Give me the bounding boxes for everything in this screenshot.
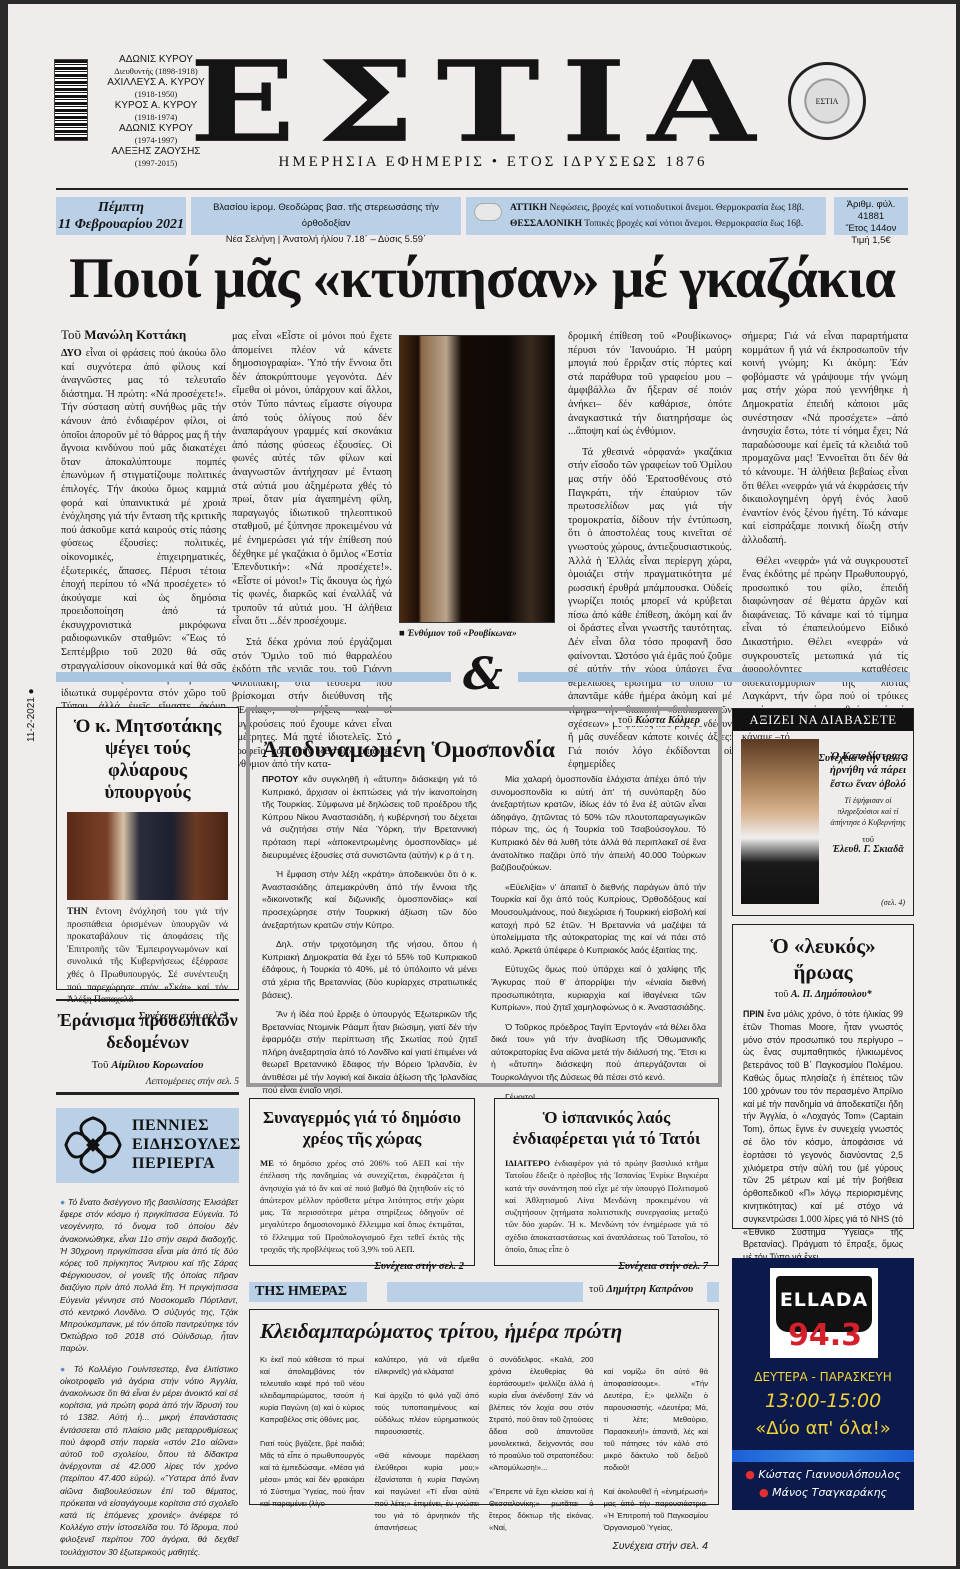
host-name: Μάνος Τσαγκαράκης (772, 1486, 887, 1499)
byline-author: Α. Π. Δημόπουλου* (791, 989, 872, 1000)
story-title[interactable]: Συναγερμός γιά τό δημόσιο χρέος τῆς χώρα… (260, 1107, 464, 1149)
story-column: καλύτερο, γιά νά εἴμεθα εἰλικρινεῖς) γιά… (375, 1354, 480, 1564)
newspaper-front-page: ΑΔΩΝΙΣ ΚΥΡΟΥ Διευθυντής (1898-1918) ΑΧΙΛ… (8, 4, 956, 1566)
story-title[interactable]: Ὁ ἱσπανικός λαός ἐνδιαφέρεται γιά τό Τατ… (505, 1107, 708, 1149)
omospondia-right-column: Μία χαλαρή ὁμοσπονδία ἐλάχιστα ἀπέχει ἀπ… (491, 773, 706, 1110)
station-frequency: 94.3 (788, 1318, 862, 1354)
seal-text: ΕΣΤΙΑ (816, 97, 839, 106)
byline-author: Κώστα Κόλμερ (635, 715, 700, 726)
bullet-icon: ● (60, 1364, 74, 1374)
pennies-title: ΠΕΝΝΙΕΣ ΕΙΔΗΣΟΥΛΕΣ ΠΕΡΙΕΡΓΑ (132, 1116, 241, 1173)
bullet-icon: ● (759, 1486, 772, 1499)
masthead-divider (56, 188, 908, 190)
story-body: ΤΗΝ ἔντονη ἐνόχλησή του γιά τήν προσπάθε… (67, 906, 228, 1007)
story-body: ΜΕ τό δημόσιο χρέος στό 206% τοῦ ΑΕΠ καί… (260, 1157, 464, 1255)
section-label: ΤΗΣ ΗΜΕΡΑΣ (249, 1282, 367, 1302)
lead-word: ΠΡΙΝ (743, 1009, 764, 1019)
tatoi-story: Ὁ ἱσπανικός λαός ἐνδιαφέρεται γιά τό Τατ… (494, 1098, 719, 1266)
story-body: ΠΡΙΝ ἕνα μόλις χρόνο, ὁ τότε ἡλικίας 99 … (743, 1008, 903, 1264)
masthead-subtitle: ΗΜΕΡΗΣΙΑ ΕΦΗΜΕΡΙΣ • ΕΤΟΣ ΙΔΡΥΣΕΩΣ 1876 (258, 154, 728, 171)
paragraph: Ἄν ἡ ἰδέα πού ἔρριξε ὁ ὑπουργός Ἐξωτερικ… (262, 1008, 477, 1096)
pennies-header: ΠΕΝΝΙΕΣ ΕΙΔΗΣΟΥΛΕΣ ΠΕΡΙΕΡΓΑ (56, 1108, 239, 1183)
issue-number: Ἀριθμ. φύλ. 41881 (834, 199, 908, 223)
body-text: ἕνα μόλις χρόνο, ὁ τότε ἡλικίας 99 ἐτῶν … (743, 1009, 903, 1262)
byline-prefix: Τοῦ (92, 1059, 109, 1071)
lefkos-iroas-story: Ὁ «λευκός» ἥρωας τοῦ Α. Π. Δημόπουλου* Π… (732, 924, 914, 1229)
paragraph: μας εἶναι «Εἶστε οἱ μόνοι πού ἔχετε ἀπομ… (232, 330, 392, 629)
broadcast-days: ΔΕΥΤΕΡΑ - ΠΑΡΑΣΚΕΥΗ (732, 1370, 914, 1384)
story-column: Κι ἐκεῖ πού κάθεσαι τό πρωί καί ἀπολαμβά… (260, 1354, 365, 1564)
story-title[interactable]: Ἐράνισμα προσωπικῶν δεδομένων (56, 1009, 239, 1053)
kapodistrias-portrait (741, 739, 819, 904)
broadcast-time: 13:00-15:00 (732, 1390, 914, 1412)
date: 11 Φεβρουαρίου 2021 (56, 216, 186, 233)
wave-decoration (732, 1450, 914, 1462)
continue-link[interactable]: Συνέχεια στήν σελ. 2 (260, 1261, 464, 1272)
issue-block: Ἀριθμ. φύλ. 41881 Ἔτος 144ον Τιμή 1,5€ (834, 197, 908, 235)
lead-headline[interactable]: Ποιοί μᾶς «κτύπησαν» μέ γκαζάκια (56, 244, 908, 314)
section-divider (56, 1092, 239, 1095)
byline-author: Αἰμίλιου Κορωναίου (111, 1059, 203, 1071)
barcode (54, 59, 88, 141)
title-line: ΠΕΡΙΕΡΓΑ (132, 1154, 241, 1173)
saints-block: Βλασίου ἱερομ. Θεοδώρας βασ. τῆς στερεωσ… (191, 197, 461, 235)
photo-caption: ■ Ἐνθύμιον τοῦ «Ρουβίκωνα» (399, 629, 517, 639)
weekday: Πέμπτη (56, 199, 186, 216)
side-date: 11-2-2021 ● (26, 688, 37, 742)
year-number: Ἔτος 144ον (834, 223, 908, 235)
recommended-header: ΑΞΙΖΕΙ ΝΑ ΔΙΑΒΑΣΕΤΕ (733, 709, 913, 731)
news-text: Τό Κολλέγιο Γουίντσεστερ, ἕνα ἐλιτίστικο… (60, 1364, 238, 1557)
weather-attiki: Νεφώσεις, βροχές καί νοτιοδυτικοί ἄνεμοι… (549, 203, 804, 213)
rain-cloud-icon (474, 203, 502, 221)
column-text: καί νομίζω ὅτι αὐτό θά ἀποφασίσουμε». «Τ… (604, 1367, 709, 1532)
body-text: τό δημόσιο χρέος στό 206% τοῦ ΑΕΠ καί τή… (260, 1158, 464, 1254)
byline-author: Ἐλευθ. Γ. Σκιαδᾶ (825, 844, 911, 855)
story-byline: τοῦ Α. Π. Δημόπουλου* (743, 989, 903, 1000)
header-bar-end (707, 1282, 719, 1302)
byline-author: Δημήτρη Καπράνου (606, 1284, 693, 1295)
separator-bar-right (518, 672, 910, 682)
seal-emblem-icon: ΕΣΤΙΑ (788, 62, 866, 140)
details-link[interactable]: Λεπτομέρειες στήν σελ. 5 (56, 1077, 239, 1087)
newspaper-logo: ΕΣΤΙΑ (188, 47, 778, 156)
recommended-subtitle: Τί ἐψήφισαν οἱ πληρεξούσιοι καί τί ἀπήντ… (825, 795, 911, 828)
tis-imeras-header: ΤΗΣ ΗΜΕΡΑΣ τοῦ Δημήτρη Καπράνου (249, 1282, 719, 1304)
news-item: ● Τό ἔνατο δισέγγονο τῆς βασιλίσσης Ἐλισ… (60, 1196, 238, 1355)
title-line: ΕΙΔΗΣΟΥΛΕΣ (132, 1135, 241, 1154)
show-name: «Δύο απ' όλα!» (732, 1418, 914, 1439)
story-byline: τοῦ Δημήτρη Καπράνου (589, 1284, 693, 1295)
body-text: ἔντονη ἐνόχλησή του γιά τήν προσπάθεια ὁ… (67, 907, 228, 1005)
story-title[interactable]: Ἀποδυναμωμένη Ὁμοσπονδία (262, 735, 706, 765)
story-column: καί νομίζω ὅτι αὐτό θά ἀποφασίσουμε». «Τ… (604, 1354, 709, 1564)
page-reference: (σελ. 4) (881, 898, 905, 907)
story-column: ὁ συνάδελφος. «Καλά, 200 χρόνια ἐλευθερί… (489, 1354, 594, 1564)
lead-column-4: σήμερα; Γιά νά εἶναι παραρτήματα κομμάτω… (742, 330, 908, 765)
lead-word: ΤΗΝ (67, 907, 88, 917)
mitsotakis-story: Ὁ κ. Μητσοτάκης ψέγει τούς φλύαρους ὑπου… (56, 707, 239, 990)
ornament-flower-icon (64, 1116, 122, 1174)
separator-bar-left (56, 672, 451, 682)
story-title[interactable]: Κλειδαμπαρώματος τρίτου, ἡμέρα πρώτη (260, 1318, 708, 1344)
byline-prefix: Τοῦ (61, 327, 81, 342)
weather-attiki-label: ΑΤΤΙΚΗ (510, 203, 547, 213)
lead-byline: Τοῦ Μανώλη Κοττάκη (61, 327, 186, 343)
date-block: Πέμπτη 11 Φεβρουαρίου 2021 (56, 197, 186, 235)
host: ● Μάνος Τσαγκαράκης (732, 1486, 914, 1499)
kleidamparomatos-story: Κλειδαμπαρώματος τρίτου, ἡμέρα πρώτη Κι … (249, 1309, 719, 1505)
paragraph: δρομική ἐπίθεση τοῦ «Ρουβίκωνος» πέρυσι … (568, 330, 732, 439)
mitsotakis-photo (67, 812, 228, 900)
paragraph: Ὁ Τοῦρκος πρόεδρος Ταγίπ Ἐρντογάν «τά θέ… (491, 1021, 706, 1084)
host-name: Κώστας Γιαννουλόπουλος (758, 1468, 900, 1481)
weather-thess-label: ΘΕΣΣΑΛΟΝΙΚΗ (510, 219, 582, 229)
continue-link[interactable]: Συνέχεια στήν σελ. 4 (604, 1540, 709, 1552)
story-byline: Τοῦ Αἰμίλιου Κορωναίου (56, 1059, 239, 1071)
bullet-icon: ● (60, 1197, 68, 1207)
paragraph: εἶναι οἱ φράσεις πού ἀκούω ὅλο καί συχνό… (61, 348, 226, 726)
byline-prefix: τοῦ (589, 1284, 604, 1295)
eranisma-story: Ἐράνισμα προσωπικῶν δεδομένων Τοῦ Αἰμίλι… (56, 999, 239, 1087)
lead-word: ΠΡΟΤΟΥ (262, 774, 298, 784)
byline-prefix: τοῦ (618, 715, 633, 726)
paragraph: σήμερα; Γιά νά εἶναι παραρτήματα κομμάτω… (742, 330, 908, 548)
title-line: ΠΕΝΝΙΕΣ (132, 1116, 241, 1135)
ampersand-ornament: & (463, 649, 503, 700)
rouvikonas-photo (399, 335, 555, 623)
recommended-read[interactable]: ΑΞΙΖΕΙ ΝΑ ΔΙΑΒΑΣΕΤΕ Ὁ Καποδίστριας ἠρνήθ… (732, 708, 914, 916)
paragraph: Δηλ. στήν τριχοτόμηση τῆς νήσου, ὅπου ἡ … (262, 938, 477, 1001)
paragraph: Μία χαλαρή ὁμοσπονδία ἐλάχιστα ἀπέχει ἀπ… (491, 773, 706, 874)
story-title[interactable]: Ὁ «λευκός» ἥρωας (743, 933, 903, 985)
paragraph: Ἡ ἔμφαση στήν λέξη «κράτη» ἀποδεικνύει ὅ… (262, 868, 477, 931)
host: ● Κώστας Γιαννουλόπουλος (732, 1468, 914, 1481)
story-byline: τοῦ Κώστα Κόλμερ (614, 715, 704, 726)
body-text: ἐνδιαφέρον γιά τό πρώην βασιλικό κτῆμα Τ… (505, 1158, 708, 1254)
continue-link[interactable]: Συνέχεια στήν σελ. 7 (505, 1261, 708, 1272)
radio-logo: ELLADA 94.3 (770, 1268, 878, 1358)
omospondia-left-column: ΠΡΟΤΟΥ κἄν συγκληθῆ ἡ «ἄτυπη» διάσκεψη γ… (262, 773, 477, 1110)
header-bar (387, 1282, 583, 1302)
caption-text: Ἐνθύμιον τοῦ «Ρουβίκωνα» (407, 629, 517, 639)
synagermos-story: Συναγερμός γιά τό δημόσιο χρέος τῆς χώρα… (249, 1098, 475, 1266)
paragraph: «Εὐελιξία» ν' ἀπαιτεῖ ὁ διεθνής παράγων … (491, 881, 706, 957)
paragraph: Εὐτυχῶς ὅμως πού ὑπάρχει καί ὁ χαλίφης τ… (491, 963, 706, 1013)
byline-prefix: τοῦ (825, 834, 911, 844)
byline-prefix: τοῦ (774, 989, 788, 1000)
story-title[interactable]: Ὁ κ. Μητσοτάκης ψέγει τούς φλύαρους ὑπου… (67, 716, 228, 804)
story-body: ΙΔΙΑΙΤΕΡΟ ἐνδιαφέρον γιά τό πρώην βασιλι… (505, 1157, 708, 1255)
lead-word: ΜΕ (260, 1158, 274, 1168)
weather-block: ΑΤΤΙΚΗ Νεφώσεις, βροχές καί νοτιοδυτικοί… (466, 197, 826, 235)
news-text: Τό ἔνατο δισέγγονο τῆς βασιλίσσης Ἐλισάβ… (60, 1197, 238, 1353)
radio-advertisement[interactable]: ELLADA 94.3 ΔΕΥΤΕΡΑ - ΠΑΡΑΣΚΕΥΗ 13:00-15… (732, 1258, 914, 1510)
bullet-icon: ● (745, 1468, 758, 1481)
paragraph: κἄν συγκληθῆ ἡ «ἄτυπη» διάσκεψη γιά τό Κ… (262, 774, 477, 860)
byline-author: Μανώλη Κοττάκη (84, 327, 186, 342)
lead-word: ΙΔΙΑΙΤΕΡΟ (505, 1158, 550, 1168)
recommended-title: Ὁ Καποδίστριας ἠρνήθη νά πάρει ἔστω ἕναν… (825, 749, 911, 791)
lead-word: ΔΥΟ (61, 348, 82, 359)
weather-thess: Τοπικές βροχές καί νότιοι ἄνεμοι. Θερμοκ… (584, 219, 803, 229)
omospondia-story: τοῦ Κώστα Κόλμερ Ἀποδυναμωμένη Ὁμοσπονδί… (246, 707, 722, 1087)
news-item: ● Τό Κολλέγιο Γουίντσεστερ, ἕνα ἐλιτίστι… (60, 1363, 238, 1558)
saints-of-day: Βλασίου ἱερομ. Θεοδώρας βασ. τῆς στερεωσ… (191, 200, 461, 232)
pennies-list: ● Τό ἔνατο δισέγγονο τῆς βασιλίσσης Ἐλισ… (60, 1196, 238, 1566)
